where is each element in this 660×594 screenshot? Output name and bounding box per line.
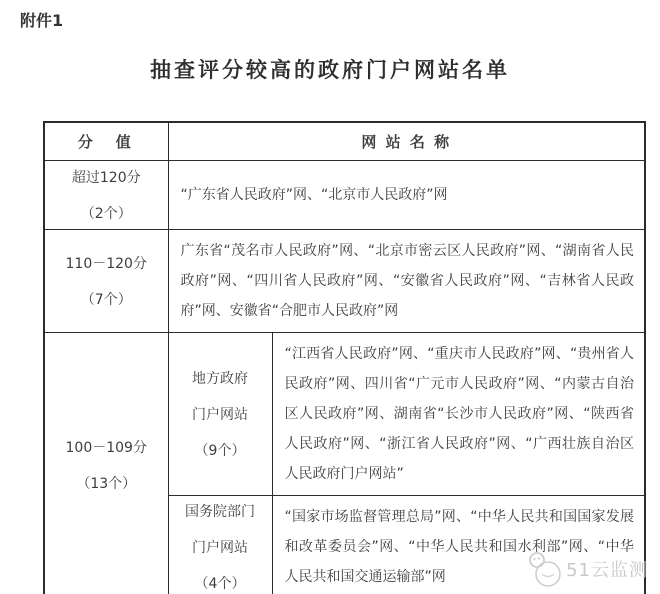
- category-count: （4个）: [195, 573, 246, 593]
- score-cell-over-120: 超过120分 （2个）: [44, 160, 168, 229]
- category-cell-local-gov: 地方政府 门户网站 （9个）: [168, 332, 272, 495]
- category-line: 门户网站: [192, 537, 248, 557]
- score-cell-110-120: 110－120分 （7个）: [44, 229, 168, 332]
- sites-cell-local-gov: “江西省人民政府”网、“重庆市人民政府”网、“贵州省人民政府”网、四川省“广元市…: [272, 332, 645, 495]
- table-row-110-120: 110－120分 （7个） 广东省“茂名市人民政府”网、“北京市密云区人民政府”…: [44, 229, 645, 332]
- score-table: 分 值 网 站 名 称 超过120分 （2个） “广东省人民政府”网、“北京市人…: [43, 121, 646, 594]
- page-title: 抽查评分较高的政府门户网站名单: [0, 54, 660, 84]
- score-range: 超过120分: [72, 167, 141, 187]
- sites-cell-110-120: 广东省“茂名市人民政府”网、“北京市密云区人民政府”网、“湖南省人民政府”网、“…: [168, 229, 645, 332]
- table-header-row: 分 值 网 站 名 称: [44, 122, 645, 160]
- attachment-label: 附件1: [20, 8, 63, 31]
- document-page: { "page": { "attachment_label": "附件1", "…: [0, 0, 660, 594]
- score-count: （2个）: [81, 203, 132, 223]
- category-line: 国务院部门: [185, 501, 255, 521]
- header-score: 分 值: [44, 122, 168, 160]
- cloud-monitor-icon: [526, 550, 562, 588]
- score-range: 100－109分: [66, 437, 147, 457]
- category-cell-state-council: 国务院部门 门户网站 （4个）: [168, 495, 272, 594]
- score-range: 110－120分: [66, 253, 147, 273]
- score-count: （7个）: [81, 289, 132, 309]
- score-count: （13个）: [76, 473, 136, 493]
- category-line: 门户网站: [192, 404, 248, 424]
- header-site-name: 网 站 名 称: [168, 122, 645, 160]
- category-count: （9个）: [195, 440, 246, 460]
- table-row-over-120: 超过120分 （2个） “广东省人民政府”网、“北京市人民政府”网: [44, 160, 645, 229]
- score-cell-100-109: 100－109分 （13个）: [44, 332, 168, 594]
- watermark-label: 51云监测: [566, 556, 648, 582]
- category-line: 地方政府: [192, 368, 248, 388]
- table-row-100-109-local: 100－109分 （13个） 地方政府 门户网站 （9个） “江西省人民政府”网…: [44, 332, 645, 495]
- watermark: 51云监测: [526, 550, 648, 588]
- sites-cell-over-120: “广东省人民政府”网、“北京市人民政府”网: [168, 160, 645, 229]
